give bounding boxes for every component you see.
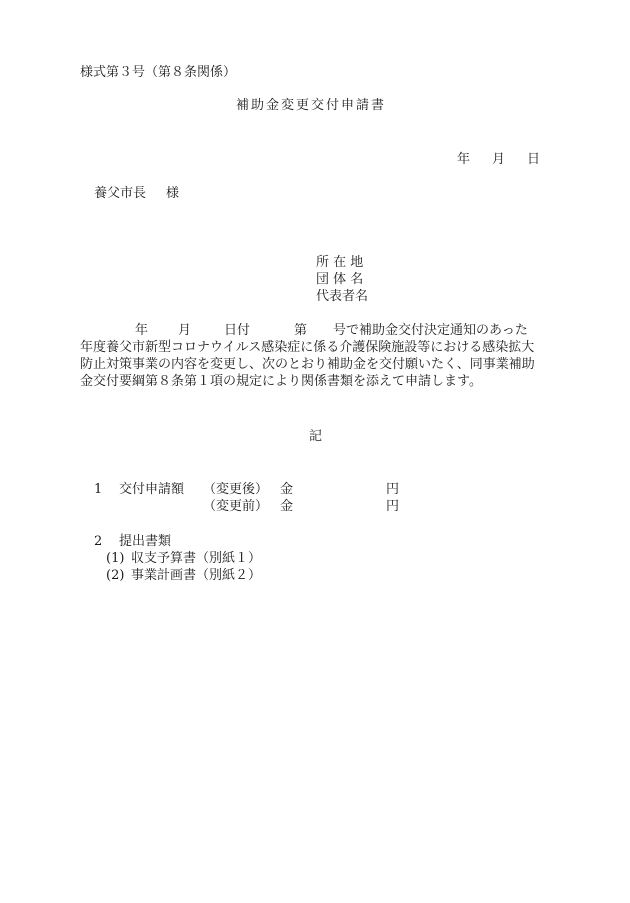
amount-after-prefix: 金 [280, 481, 293, 498]
amount-before-unit: 円 [386, 498, 399, 515]
ki-heading: 記 [309, 428, 322, 445]
item-1-label: 交付申請額 [119, 481, 184, 498]
item-1-number: 1 [94, 481, 102, 498]
doc-1-number: (1) [106, 550, 124, 567]
application-body: 年月日付第号で補助金交付決定通知のあった 年度養父市新型コロナウイルス感染症に係… [80, 322, 552, 390]
amount-after-unit: 円 [386, 481, 399, 498]
date-day: 日 [527, 151, 540, 168]
body-line-3: 防止対策事業の内容を変更し、次のとおり補助金を交付願いたく、同事業補助 [80, 356, 552, 373]
body-line-1-rest: 号で補助金交付決定通知のあった [333, 322, 528, 339]
address-label: 所 在 地 [316, 254, 368, 271]
doc-2-name: 事業計画書（別紙２） [131, 567, 261, 584]
addressee-honorific: 様 [166, 186, 179, 201]
document-title: 補助金変更交付申請書 [236, 97, 386, 114]
amount-before-tag: （変更前） [203, 498, 268, 515]
date-year: 年 [457, 151, 492, 168]
organization-label: 団 体 名 [316, 271, 368, 288]
body-year: 年 [135, 322, 178, 339]
doc-1-name: 収支予算書（別紙１） [131, 550, 261, 567]
item-2-number: 2 [94, 533, 102, 550]
amount-before-prefix: 金 [280, 498, 293, 515]
body-dai: 第 [294, 322, 333, 339]
body-day: 日付 [224, 322, 294, 339]
addressee-name: 養父市長 [94, 186, 146, 201]
body-month: 月 [178, 322, 224, 339]
representative-label: 代表者名 [316, 288, 368, 305]
applicant-block: 所 在 地 団 体 名 代表者名 [316, 254, 368, 305]
amount-after-tag: （変更後） [203, 481, 268, 498]
body-line-1: 年月日付第号で補助金交付決定通知のあった [80, 322, 552, 339]
item-2-label: 提出書類 [119, 533, 171, 550]
date-month: 月 [492, 151, 527, 168]
form-number: 様式第３号（第８条関係） [80, 64, 236, 81]
body-line-2: 年度養父市新型コロナウイルス感染症に係る介護保険施設等における感染拡大 [80, 339, 552, 356]
date-line: 年月日 [457, 151, 540, 168]
addressee: 養父市長様 [94, 185, 179, 202]
body-line-4: 金交付要綱第８条第１項の規定により関係書類を添えて申請します。 [80, 373, 552, 390]
doc-2-number: (2) [106, 567, 124, 584]
